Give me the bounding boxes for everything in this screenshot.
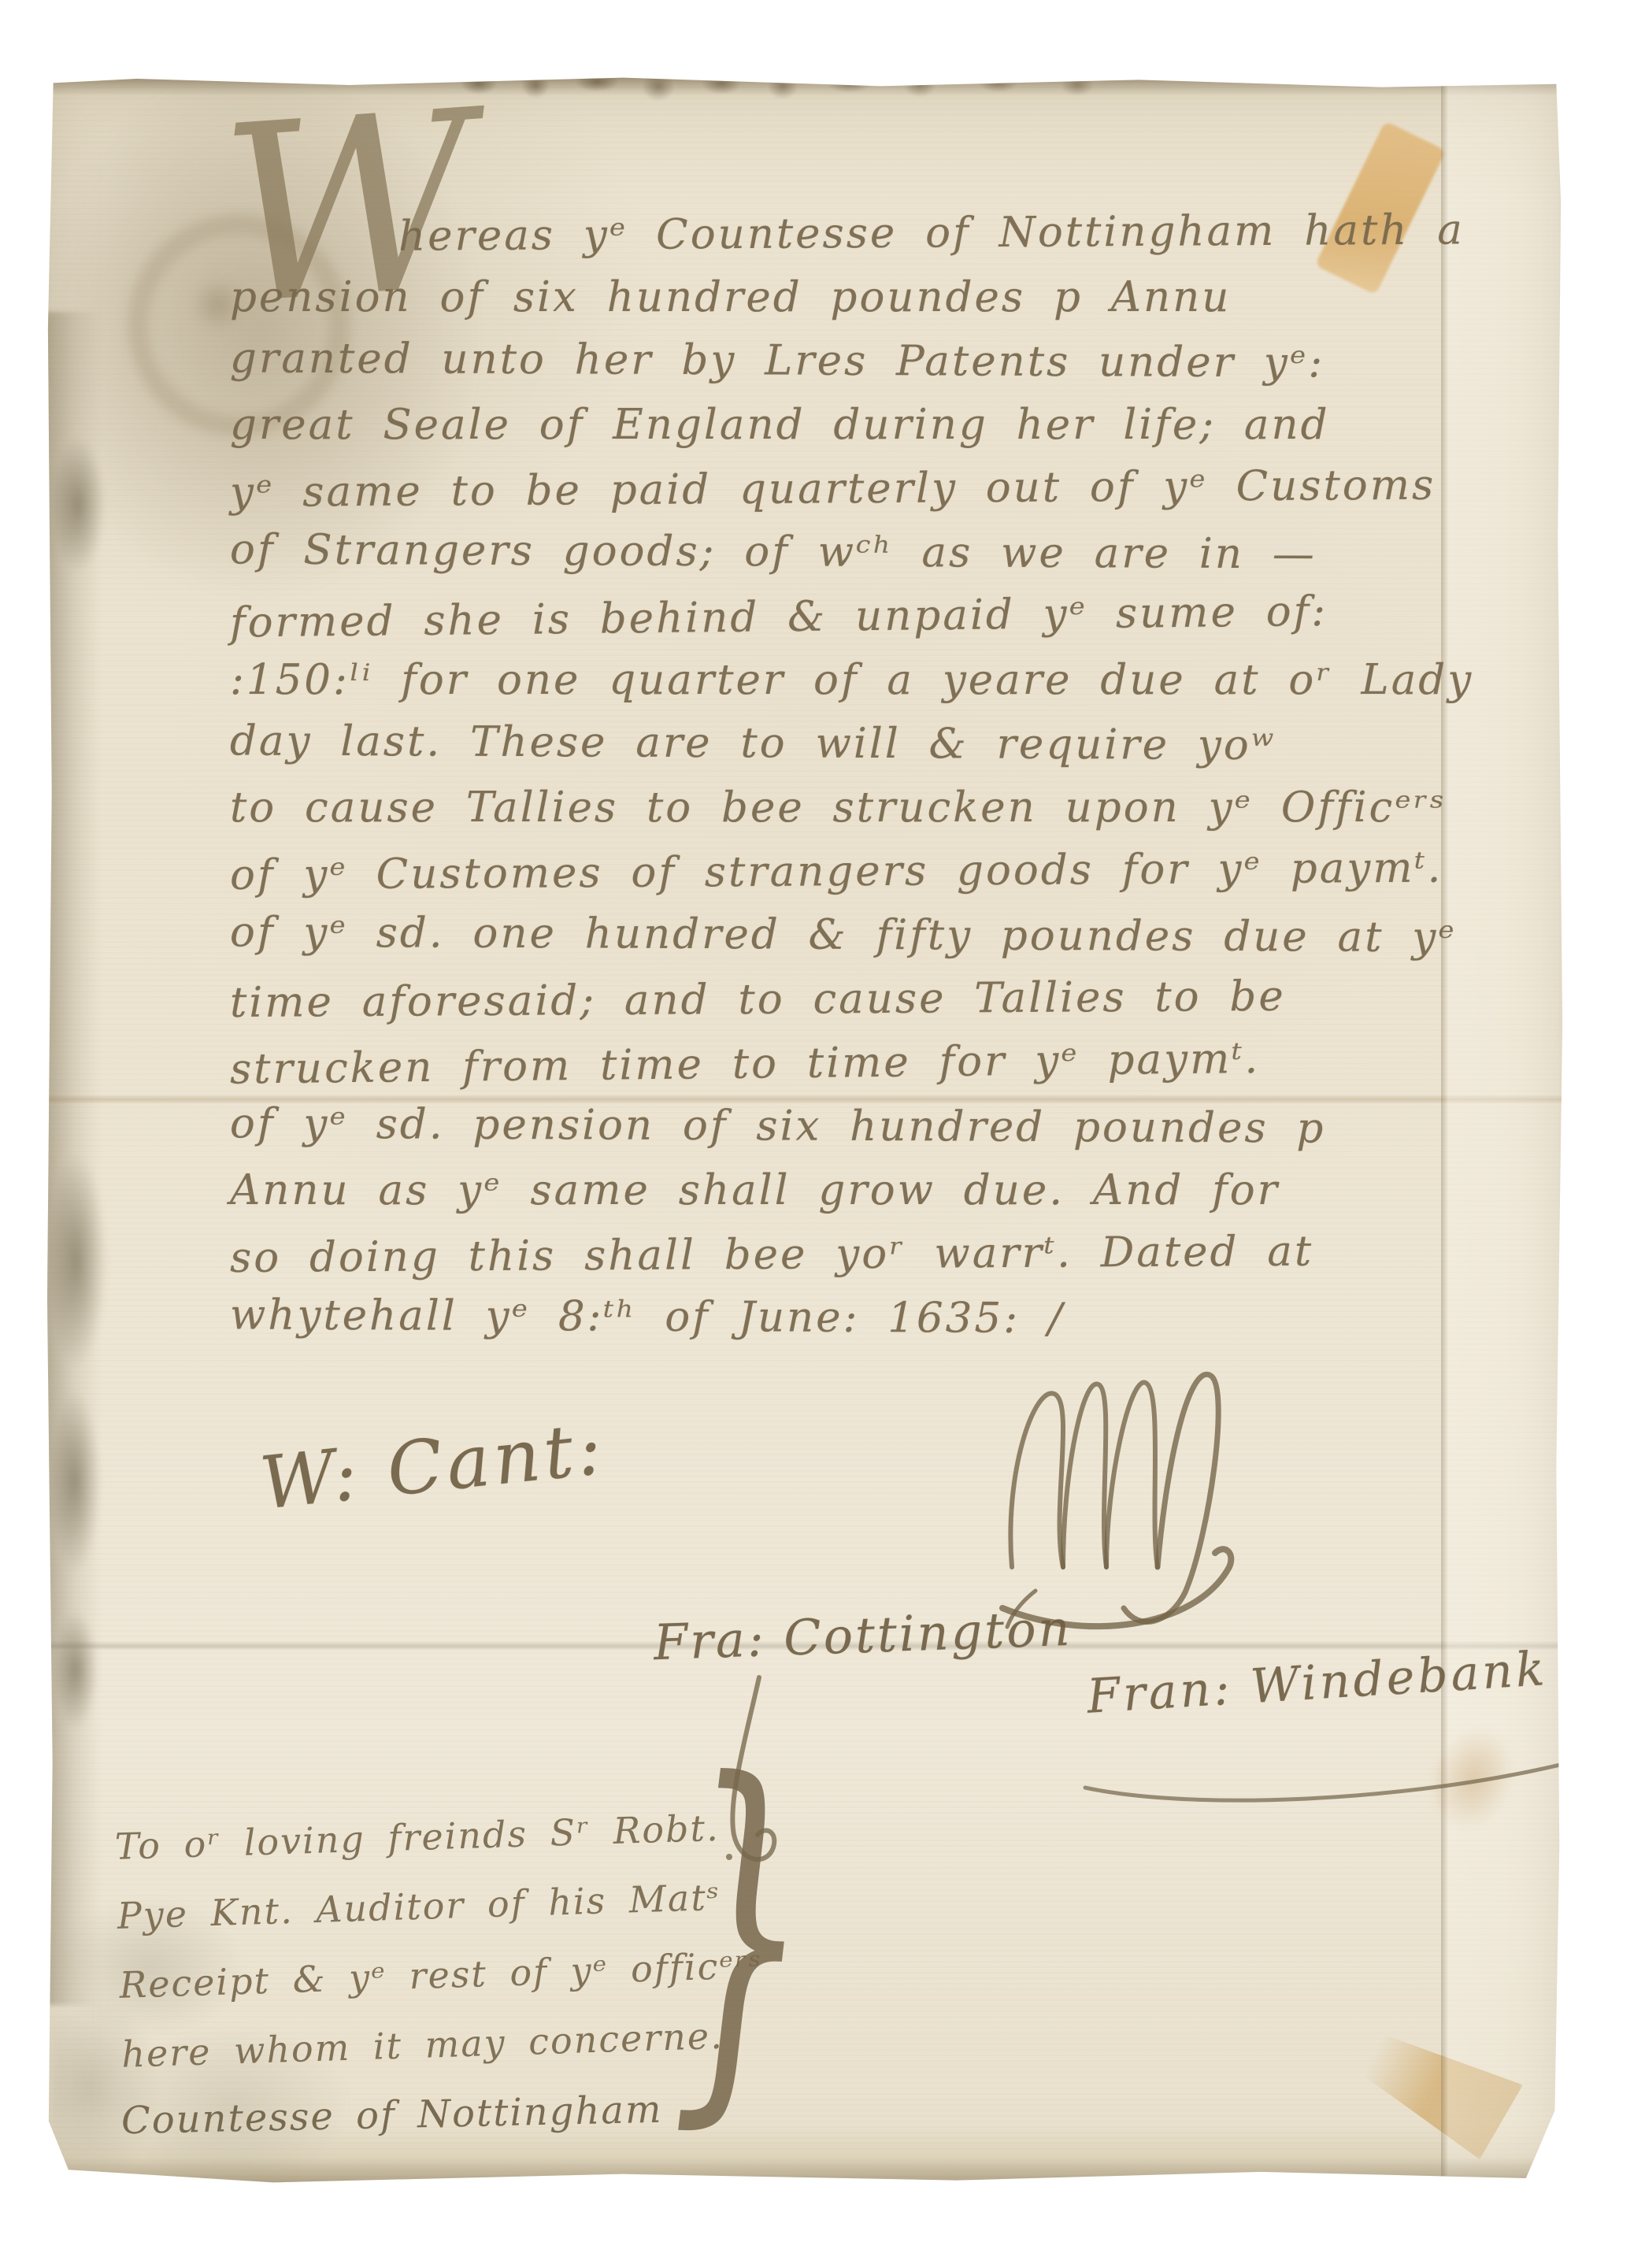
grime-blotch (54, 1611, 98, 1729)
letter-line: time aforesaid; and to cause Tallies to … (230, 963, 1521, 1035)
address-brace: } (671, 1762, 812, 2101)
letter-line: :150:ˡⁱ for one quarter of a yeare due a… (230, 648, 1521, 712)
letter-line: whytehall yᵉ 8:ᵗʰ of June: 1635: / (230, 1283, 1521, 1352)
grime-blotch (50, 438, 106, 572)
paper: W hereas yᵉ Countesse of Nottingham hath… (46, 76, 1564, 2185)
address-block: To oʳ loving freinds Sʳ Robt. Pye Knt. A… (114, 1792, 769, 2089)
letter-line: yᵉ same to be paid quarterly out of yᵉ C… (230, 453, 1521, 524)
letter-body: hereas yᵉ Countesse of Nottingham hath a… (230, 202, 1521, 1350)
letter-line: Annu as yᵉ same shall grow due. And for (230, 1158, 1521, 1222)
scan-background: W hereas yᵉ Countesse of Nottingham hath… (0, 0, 1645, 2268)
letter-line: great Seale of England during her life; … (230, 393, 1521, 457)
letter-line: of Strangers goods; of wᶜʰ as we are in … (230, 517, 1521, 587)
letter-line: hereas yᵉ Countesse of Nottingham hath a (230, 198, 1521, 269)
letter-line: strucken from time to time for yᵉ paymᵗ. (230, 1024, 1522, 1101)
grime-blotch (49, 1391, 101, 1572)
letter-line: of yᵉ sd. one hundred & fifty poundes du… (230, 900, 1521, 969)
letter-line: of yᵉ Customes of strangers goods for yᵉ… (230, 836, 1521, 907)
grime-blotch (46, 1154, 107, 1367)
letter-line: of yᵉ sd. pension of six hundred poundes… (230, 1091, 1521, 1161)
letter-line: day last. These are to will & require yo… (230, 709, 1521, 778)
letter-line: formed she is behind & unpaid yᵉ sume of… (230, 577, 1522, 654)
windebank-flourish (1076, 1750, 1595, 1813)
signature-manchester-monogram (988, 1331, 1240, 1646)
letter-line: so doing this shall bee yoʳ warrᵗ. Dated… (230, 1218, 1521, 1290)
letter-line: granted unto her by Lres Patents under y… (230, 326, 1521, 395)
letter-line: pension of six hundred poundes p Annu (230, 265, 1521, 329)
letter-line: to cause Tallies to bee strucken upon yᵉ… (230, 776, 1521, 839)
